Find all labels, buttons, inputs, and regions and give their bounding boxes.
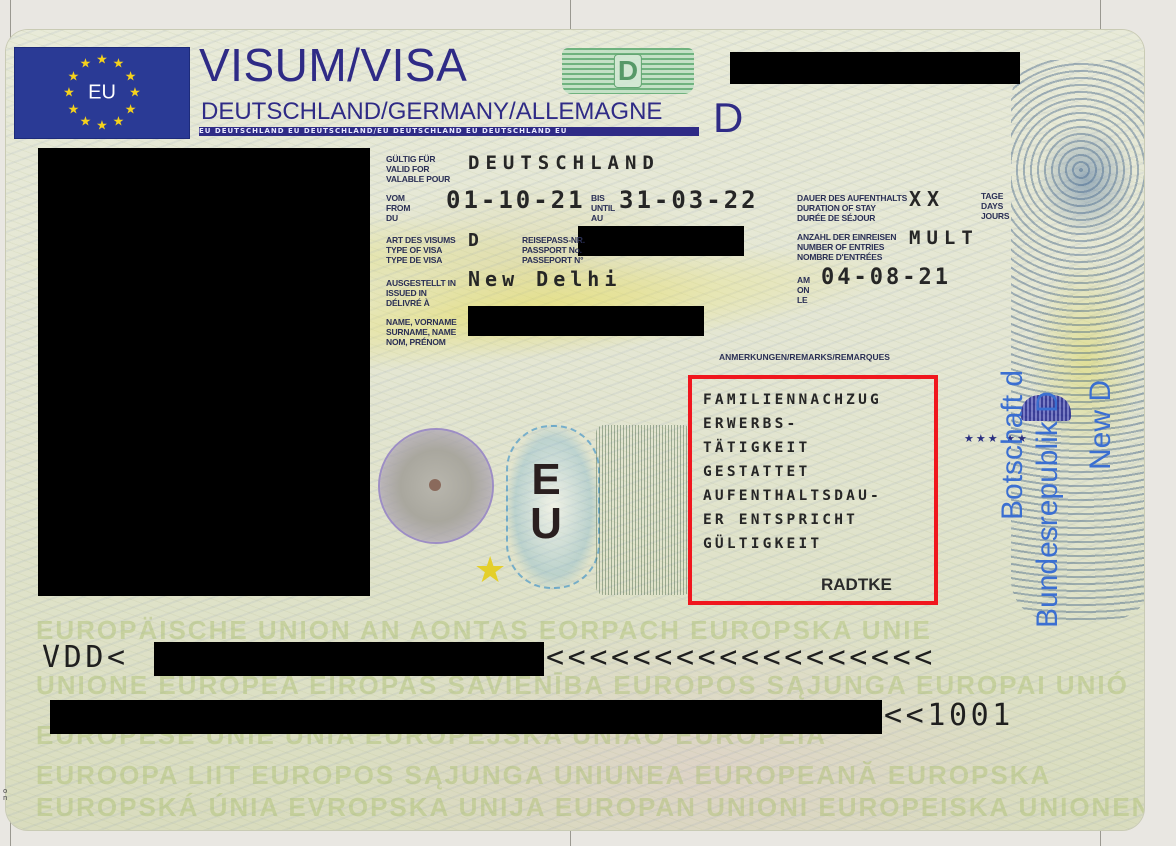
stamp-text-federal-republic: Bundesrepublik D [1031,391,1065,628]
eu-letter-e: E [526,458,566,502]
stamp-text-embassy: Botschaft d [996,370,1030,520]
eu-star-icon: ★ [125,103,137,116]
label-visa-type: ART DES VISUMS TYPE OF VISA TYPE DE VISA [386,235,455,265]
value-from: 01-10-21 [446,186,586,214]
label-entries: ANZAHL DER EINREISEN NUMBER OF ENTRIES N… [797,232,896,262]
redaction-visa-number [730,52,1020,84]
remarks-heading: ANMERKUNGEN/REMARKS/REMARQUES [719,352,890,362]
eu-star-icon: ★ [68,70,80,83]
stamp-text-city: New D [1084,380,1118,470]
yellow-star-icon: ★ [474,550,506,591]
mrz-line-1-suffix: <<<<<<<<<<<<<<<<<< [546,640,936,675]
microtext-band: EU DEUTSCHLAND EU DEUTSCHLAND/EU DEUTSCH… [199,127,699,136]
latent-image [596,425,691,595]
eu-star-icon: ★ [96,120,108,133]
label-valid-for: GÜLTIG FÜR VALID FOR VALABLE POUR [386,154,450,184]
eu-star-icon: ★ [80,58,92,71]
value-valid-for: DEUTSCHLAND [468,152,660,174]
label-until: BIS UNTIL AU [591,193,615,223]
d-hologram-icon: D [562,48,694,94]
label-name: NAME, VORNAME SURNAME, NAME NOM, PRÉNOM [386,317,457,347]
mrz-line-1-prefix: VDD< [42,640,129,675]
eu-star-icon: ★ [113,58,125,71]
seal-center-dot [429,479,441,491]
page-margin-marks: on [3,788,7,802]
redaction-mrz-line-2 [50,700,882,734]
country-code: D [713,94,743,142]
background-text-row: EUROPSKÁ ÚNIA EVROPSKA UNIJA EUROPAN UNI… [36,792,1144,823]
visa-subtitle: DEUTSCHLAND/GERMANY/ALLEMAGNE [201,98,662,126]
label-passport-number: REISEPASS-NR. PASSPORT No. PASSEPORT N° [522,235,585,265]
eu-star-icon: ★ [96,54,108,67]
label-from: VOM FROM DU [386,193,410,223]
redaction-photo [38,148,370,596]
eu-star-icon: ★ [125,70,137,83]
background-text-row: EUROOPA LIIT EUROPOS SĄJUNGA UNIUNEA EUR… [36,760,1051,791]
remarks-highlight-box [688,375,938,605]
eu-star-icon: ★ [113,115,125,128]
eu-star-icon: ★ [129,87,141,100]
value-issued-in: New Delhi [468,267,621,291]
value-issued-on: 04-08-21 [821,265,951,290]
eu-star-icon: ★ [80,115,92,128]
mrz-line-2-suffix: <<1001 [884,698,1014,733]
redaction-passport-number [578,226,744,256]
visa-title: VISUM/VISA [199,38,467,92]
label-duration: DAUER DES AUFENTHALTS DURATION OF STAY D… [797,193,907,223]
eu-flag: ★★★★★★★★★★★★ EU [14,47,190,139]
value-duration: XX [909,187,945,211]
hologram-letter: D [614,54,642,88]
eu-letter-u: U [526,502,566,546]
eu-flag-text: EU [88,82,116,105]
eu-hologram-letters: E U [526,458,566,546]
value-visa-type: D [468,230,485,251]
visa-sticker: EUROPÄISCHE UNION AN AONTAS EORPACH EURO… [6,30,1144,830]
label-duration-unit: TAGE DAYS JOURS [981,191,1009,221]
redaction-mrz-line-1 [154,642,544,676]
eu-star-icon: ★ [68,103,80,116]
redaction-name [468,306,704,336]
value-until: 31-03-22 [619,186,759,214]
eu-star-icon: ★ [63,87,75,100]
label-issued-in: AUSGESTELLT IN ISSUED IN DÉLIVRÉ À [386,278,456,308]
label-issued-on: AM ON LE [797,275,810,305]
value-entries: MULT [909,227,979,249]
